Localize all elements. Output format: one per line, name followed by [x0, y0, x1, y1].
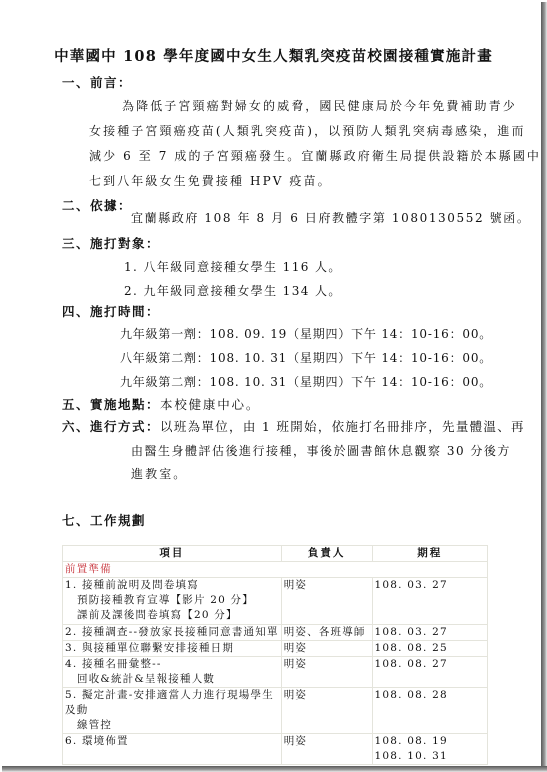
- document-title: 中華國中 108 學年度國中女生人類乳突疫苗校園接種實施計畫: [0, 45, 547, 66]
- table-row: 5. 擬定計畫-安排適當人力進行現場學生及動 線管控 明姿 108. 08. 2…: [63, 688, 488, 734]
- item-cell: 1. 接種前說明及問卷填寫 預防接種教育宣導【影片 20 分】 課前及課後問卷填…: [63, 578, 282, 625]
- preface-line-2: 女接種子宮頸癌疫苗(人類乳突疫苗)，以預防人類乳突病毒感染，進而: [89, 122, 526, 139]
- owner-cell: 明姿: [281, 734, 372, 765]
- date-cell: 108. 08. 25: [372, 641, 487, 657]
- preface-line-3: 減少 6 至 7 成的子宮頸癌發生。宜蘭縣政府衛生局提供設籍於本縣國中: [89, 147, 541, 164]
- date-cell: 108. 08. 27: [372, 657, 487, 688]
- table-row: 1. 接種前說明及問卷填寫 預防接種教育宣導【影片 20 分】 課前及課後問卷填…: [63, 578, 488, 625]
- item-title: 6. 環境佈置: [65, 734, 279, 749]
- date-value: 108. 03. 27: [375, 578, 485, 593]
- table-group-row: 前置準備: [63, 562, 488, 578]
- procedure-line-1: 以班為單位，由 1 班開始，依施打名冊排序，先量體溫、再: [160, 419, 525, 434]
- basis-line: 宜蘭縣政府 108 年 8 月 6 日府教體字第 1080130552 號函。: [131, 209, 530, 226]
- item-subline: 課前及課後問卷填寫【20 分】: [65, 608, 279, 623]
- page-shadow-bottom: [2, 766, 547, 772]
- preface-line-1: 為降低子宮頸癌對婦女的威脅，國民健康局於今年免費補助青少: [122, 97, 517, 114]
- table-row: 6. 環境佈置 明姿 108. 08. 19 108. 10. 31: [63, 734, 488, 765]
- item-title: 2. 接種調查--發放家長接種同意書通知單: [65, 625, 279, 640]
- date-cell: 108. 08. 28: [372, 688, 487, 734]
- owner-cell: 明姿: [281, 641, 372, 657]
- page-shadow-right: [541, 2, 547, 772]
- header-item: 項目: [63, 546, 282, 562]
- table-row: 2. 接種調查--發放家長接種同意書通知單 明姿、各班導師 108. 03. 2…: [63, 625, 488, 641]
- procedure-line-3: 進教室。: [131, 465, 187, 482]
- date-value: 108. 08. 28: [375, 688, 485, 703]
- target-grade9: 2. 九年級同意接種女學生 134 人。: [124, 282, 342, 299]
- owner-cell: 明姿: [281, 688, 372, 734]
- item-title: 1. 接種前說明及問卷填寫: [65, 578, 279, 593]
- date-value: 108. 08. 25: [375, 641, 485, 656]
- item-title: 4. 接種名冊彙整--: [65, 657, 279, 672]
- section-heading-work-plan: 七、工作規劃: [62, 511, 146, 529]
- item-cell: 3. 與接種單位聯繫安排接種日期: [63, 641, 282, 657]
- owner-cell: 明姿: [281, 657, 372, 688]
- target-grade8: 1. 八年級同意接種女學生 116 人。: [124, 258, 342, 275]
- section-heading-preface: 一、前言：: [62, 73, 132, 91]
- item-cell: 2. 接種調查--發放家長接種同意書通知單: [63, 625, 282, 641]
- date-value: 108. 03. 27: [375, 625, 485, 640]
- procedure-label: 六、進行方式：: [62, 419, 160, 434]
- preface-line-4: 七到八年級女生免費接種 HPV 疫苗。: [89, 172, 332, 189]
- date-value: 108. 08. 27: [375, 657, 485, 672]
- item-title: 3. 與接種單位聯繫安排接種日期: [65, 641, 279, 656]
- location-value: 本校健康中心。: [160, 397, 260, 412]
- section-heading-targets: 三、施打對象：: [62, 234, 160, 252]
- section-heading-procedure: 六、進行方式：以班為單位，由 1 班開始，依施打名冊排序，先量體溫、再: [62, 417, 525, 435]
- date-cell: 108. 03. 27: [372, 625, 487, 641]
- item-cell: 4. 接種名冊彙整-- 回收&統計&呈報接種人數: [63, 657, 282, 688]
- procedure-line-2: 由醫生身體評估後進行接種，事後於圖書館休息觀察 30 分後方: [131, 442, 511, 459]
- table-row: 3. 與接種單位聯繫安排接種日期 明姿 108. 08. 25: [63, 641, 488, 657]
- item-subline: 線管控: [65, 718, 279, 733]
- section-heading-location: 五、實施地點：本校健康中心。: [62, 395, 260, 413]
- table-header-row: 項目 負責人 期程: [63, 546, 488, 562]
- item-subline: 預防接種教育宣導【影片 20 分】: [65, 593, 279, 608]
- owner-cell: 明姿: [281, 578, 372, 625]
- date-value: 108. 10. 31: [375, 749, 485, 764]
- item-title: 5. 擬定計畫-安排適當人力進行現場學生及動: [65, 688, 279, 718]
- item-cell: 5. 擬定計畫-安排適當人力進行現場學生及動 線管控: [63, 688, 282, 734]
- header-schedule: 期程: [372, 546, 487, 562]
- group-label: 前置準備: [63, 562, 488, 578]
- location-label: 五、實施地點：: [62, 397, 160, 412]
- date-cell: 108. 03. 27: [372, 578, 487, 625]
- date-cell: 108. 08. 19 108. 10. 31: [372, 734, 487, 765]
- table-row: 4. 接種名冊彙整-- 回收&統計&呈報接種人數 明姿 108. 08. 27: [63, 657, 488, 688]
- item-subline: 回收&統計&呈報接種人數: [65, 672, 279, 687]
- document-page: 中華國中 108 學年度國中女生人類乳突疫苗校園接種實施計畫 一、前言： 為降低…: [0, 0, 541, 766]
- owner-cell: 明姿、各班導師: [281, 625, 372, 641]
- header-owner: 負責人: [281, 546, 372, 562]
- work-plan-table: 項目 負責人 期程 前置準備 1. 接種前說明及問卷填寫 預防接種教育宣導【影片…: [62, 545, 488, 765]
- schedule-grade9-dose1: 九年級第一劑：108. 09. 19（星期四）下午 14：10-16：00。: [120, 325, 492, 342]
- item-cell: 6. 環境佈置: [63, 734, 282, 765]
- section-heading-basis: 二、依據：: [62, 196, 132, 214]
- schedule-grade8-dose2: 八年級第二劑：108. 10. 31（星期四）下午 14：10-16：00。: [120, 349, 492, 366]
- date-value: 108. 08. 19: [375, 734, 485, 749]
- section-heading-schedule: 四、施打時間：: [62, 302, 160, 320]
- schedule-grade9-dose2: 九年級第二劑：108. 10. 31（星期四）下午 14：10-16：00。: [120, 373, 492, 390]
